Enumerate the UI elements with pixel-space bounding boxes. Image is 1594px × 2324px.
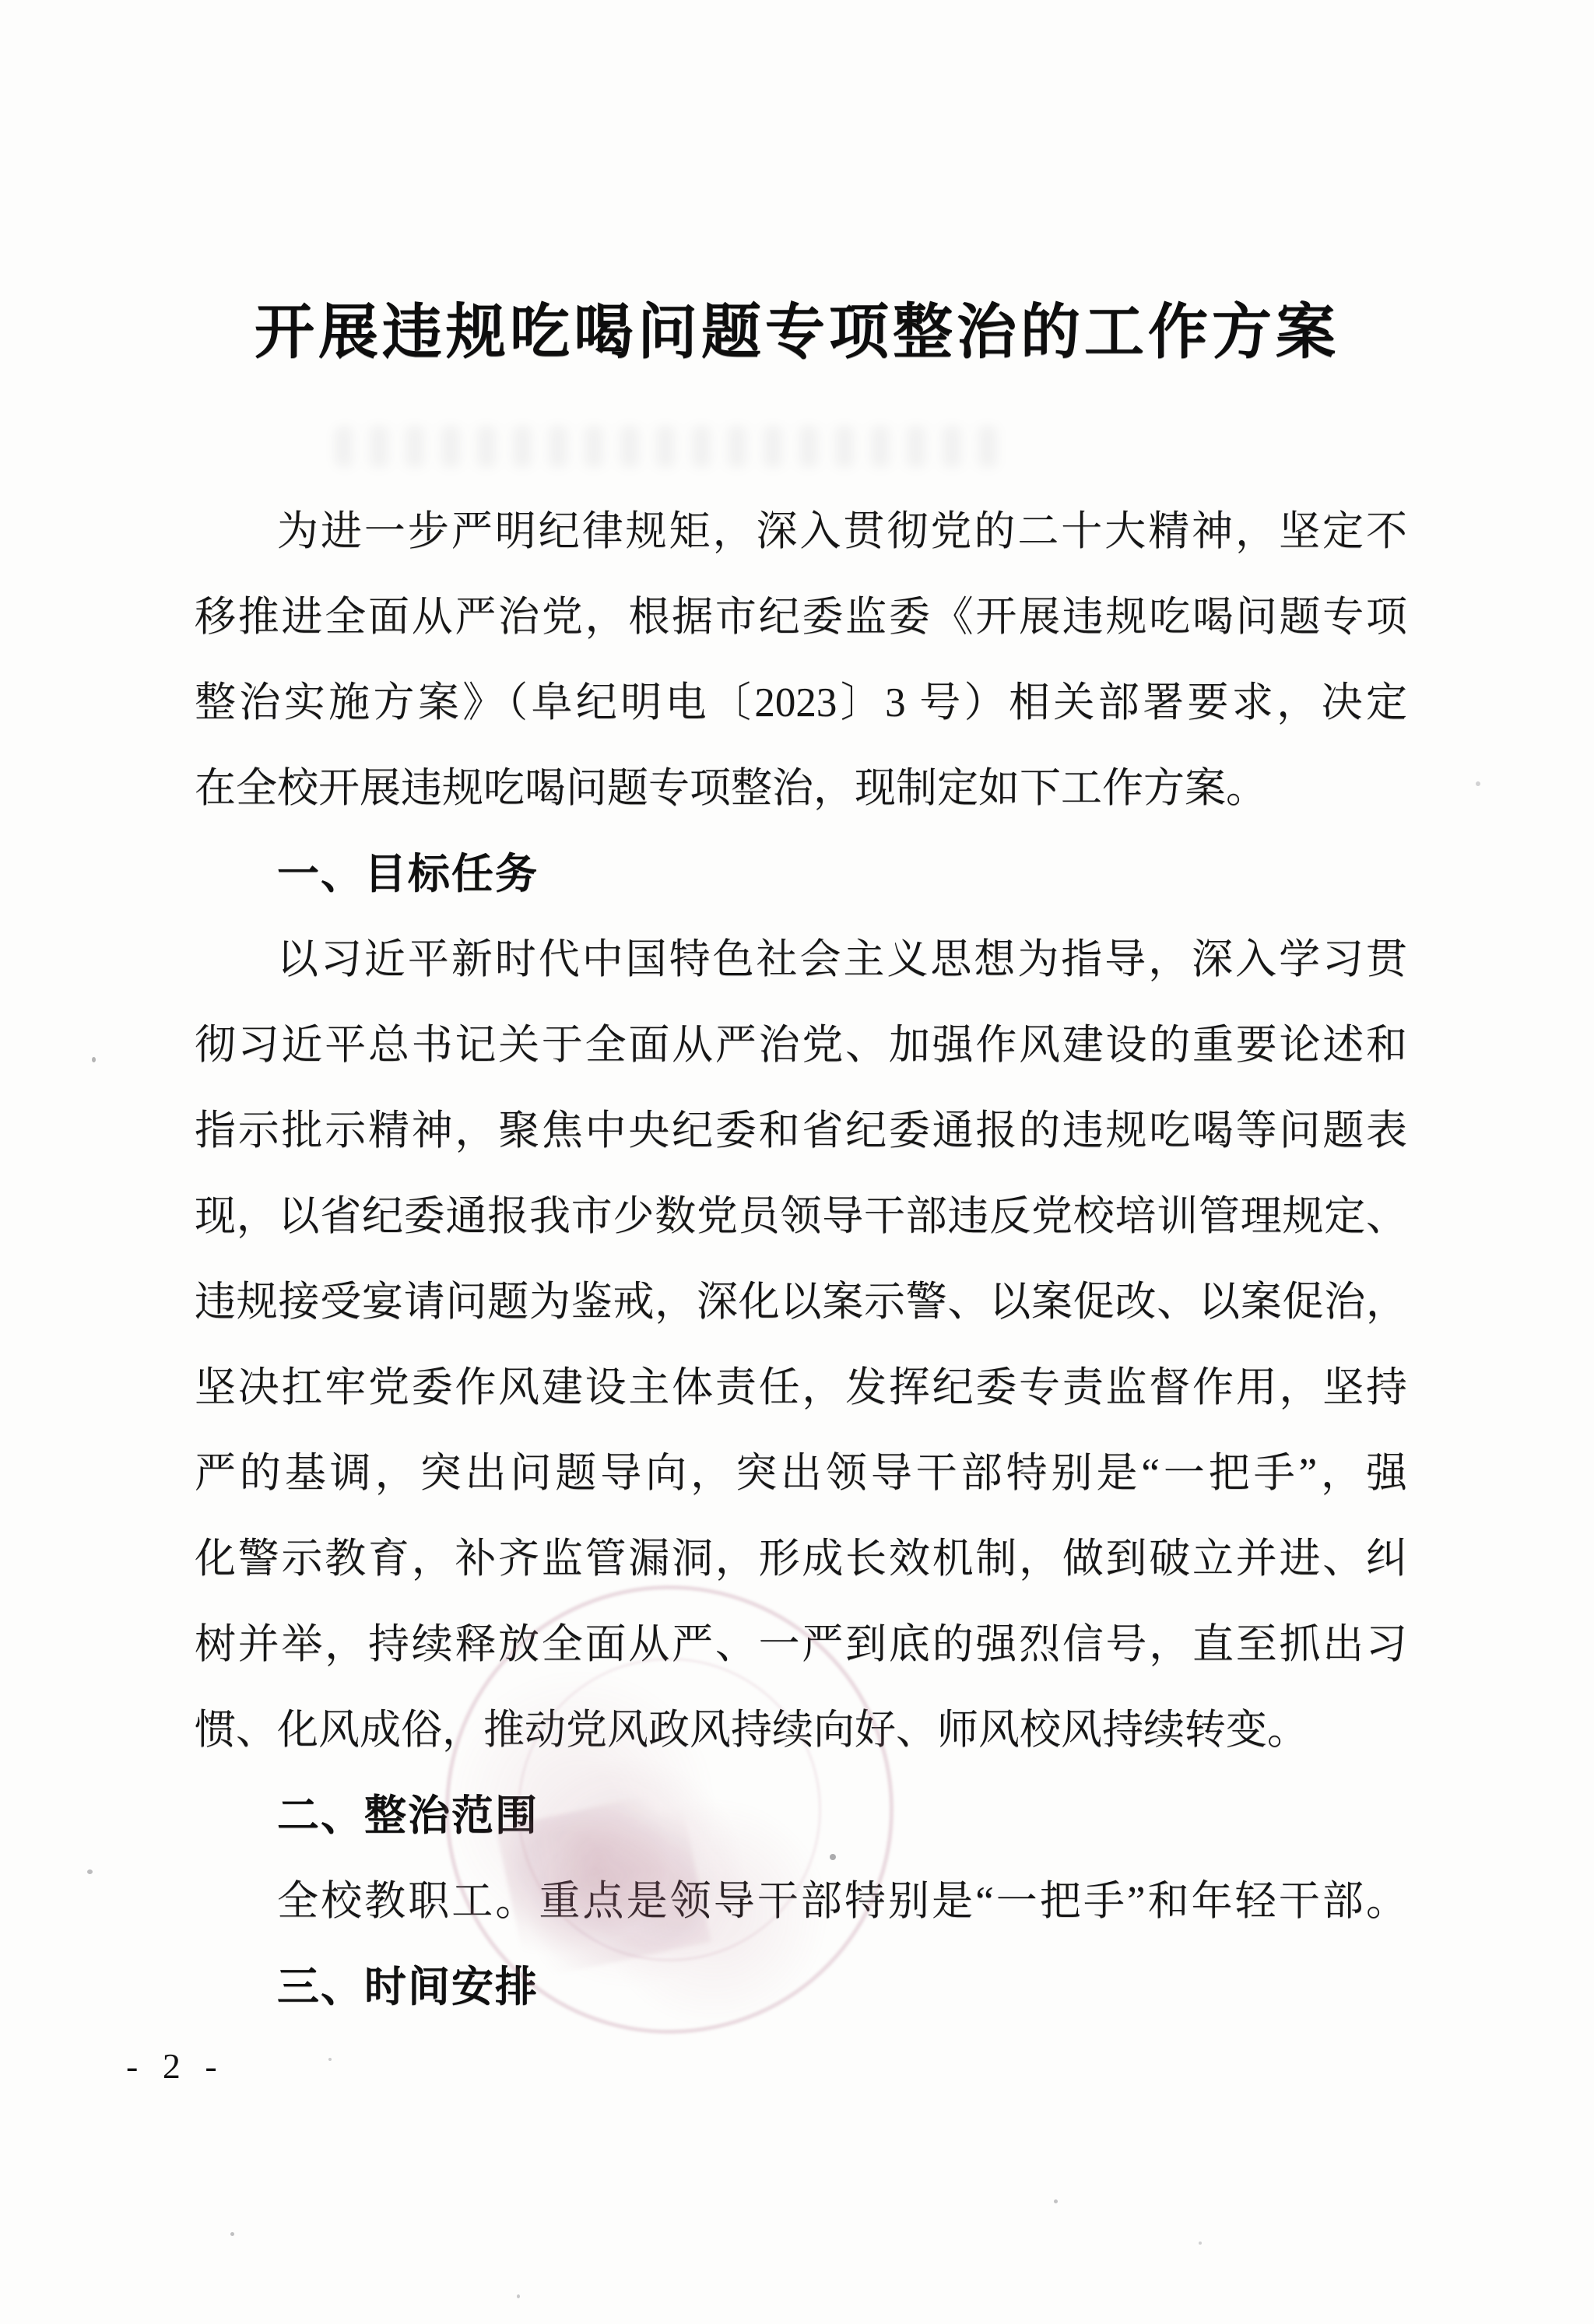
scan-speckle: [830, 1854, 836, 1860]
body-line: 指示批示精神，聚焦中央纪委和省纪委通报的违规吃喝等问题表: [195, 1088, 1407, 1174]
scan-speckle: [328, 2058, 332, 2061]
body-line: 违规接受宴请问题为鉴戒，深化以案示警、以案促改、以案促治，: [195, 1259, 1407, 1345]
body-line: 现，以省纪委通报我市少数党员领导干部违反党校培训管理规定、: [195, 1174, 1407, 1259]
body-line: 严的基调，突出问题导向，突出领导干部特别是“一把手”，强: [195, 1431, 1407, 1516]
section-heading-1: 一、目标任务: [195, 831, 1407, 917]
scanned-document-page: 开展违规吃喝问题专项整治的工作方案 为进一步严明纪律规矩，深入贯彻党的二十大精神…: [0, 0, 1594, 2324]
page-number: - 2 -: [126, 2045, 225, 2087]
body-line: 化警示教育，补齐监管漏洞，形成长效机制，做到破立并进、纠: [195, 1516, 1407, 1602]
scan-speckle: [1054, 2199, 1058, 2203]
body-line: 移推进全面从严治党，根据市纪委监委《开展违规吃喝问题专项: [195, 574, 1407, 660]
scan-speckle: [230, 2232, 234, 2236]
body-line: 坚决扛牢党委作风建设主体责任，发挥纪委专责监督作用，坚持: [195, 1345, 1407, 1431]
body-line: 为进一步严明纪律规矩，深入贯彻党的二十大精神，坚定不: [195, 489, 1407, 574]
scan-speckle: [92, 1057, 96, 1062]
document-title: 开展违规吃喝问题专项整治的工作方案: [0, 290, 1594, 375]
scan-speckle: [1199, 2242, 1202, 2245]
body-line: 整治实施方案》（阜纪明电〔2023〕3 号）相关部署要求，决定: [195, 660, 1407, 746]
bleed-through-artifact: [335, 427, 1004, 467]
body-line: 以习近平新时代中国特色社会主义思想为指导，深入学习贯: [195, 917, 1407, 1002]
scan-speckle: [517, 2294, 520, 2298]
body-line: 彻习近平总书记关于全面从严治党、加强作风建设的重要论述和: [195, 1002, 1407, 1088]
scan-speckle: [1476, 781, 1480, 786]
scan-speckle: [87, 1869, 93, 1874]
body-line: 在全校开展违规吃喝问题专项整治，现制定如下工作方案。: [195, 746, 1407, 831]
